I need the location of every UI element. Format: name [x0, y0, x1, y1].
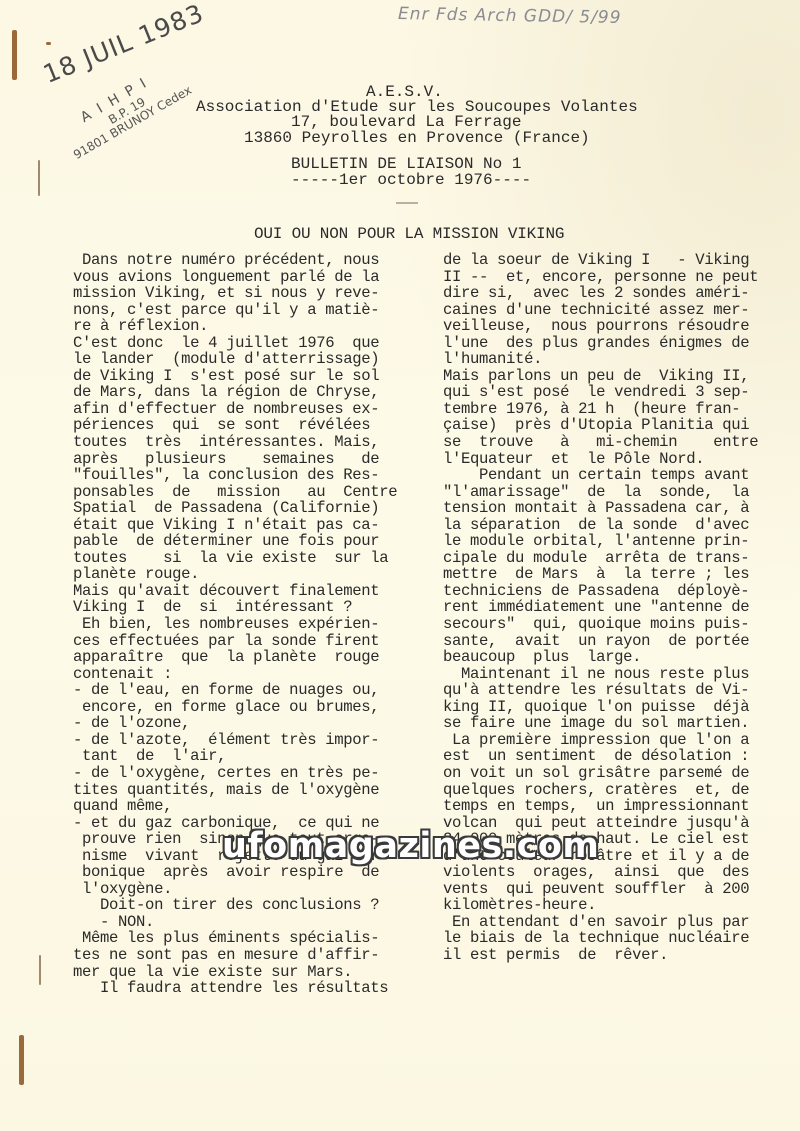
text-line: rent immédiatement une "antenne de: [443, 599, 778, 616]
text-line: mission Viking, et si nous y reve-: [73, 285, 403, 302]
text-line: encore, en forme glace ou brumes,: [73, 699, 403, 716]
text-line: est un sentiment de désolation :: [443, 748, 778, 765]
text-line: de la soeur de Viking I - Viking: [443, 252, 778, 269]
text-line: quand même,: [73, 798, 403, 815]
text-line: ponsables de mission au Centre: [73, 484, 403, 501]
text-line: se trouve à mi-chemin entre: [443, 434, 778, 451]
text-line: nons, c'est parce qu'il y a matiè-: [73, 302, 403, 319]
margin-pencil-mark: [38, 160, 40, 196]
article-column-left: Dans notre numéro précédent, nousvous av…: [73, 252, 403, 997]
text-line: - de l'eau, en forme de nuages ou,: [73, 682, 403, 699]
text-line: Mais qu'avait découvert finalement: [73, 583, 403, 600]
bulletin-date: -----1er octobre 1976----: [291, 171, 531, 189]
text-line: le biais de la technique nucléaire: [443, 930, 778, 947]
text-line: bonique après avoir respire de: [73, 864, 403, 881]
text-line: - de l'oxygène, certes en très pe-: [73, 765, 403, 782]
text-line: re à réflexion.: [73, 318, 403, 335]
text-line: dire si, avec les 2 sondes améri-: [443, 285, 778, 302]
site-watermark: ufomagazines.com: [222, 826, 599, 866]
scanned-page: Enr Fds Arch GDD/ 5/99 18 JUIL 1983 AIHP…: [0, 0, 800, 1131]
text-line: qu'à attendre les résultats de Vi-: [443, 682, 778, 699]
staple-rust-mark-top: [12, 30, 17, 80]
text-line: Pendant un certain temps avant: [443, 467, 778, 484]
text-line: "l'amarissage" de la sonde, la: [443, 484, 778, 501]
text-line: tant de l'air,: [73, 748, 403, 765]
text-line: Même les plus éminents spécialis-: [73, 930, 403, 947]
text-line: tension montait à Passadena car, à: [443, 500, 778, 517]
text-line: Il faudra attendre les résultats: [73, 980, 403, 997]
separator-rule: [396, 202, 418, 204]
text-line: pable de déterminer une fois pour: [73, 533, 403, 550]
text-line: çaise) près d'Utopia Planitia qui: [443, 417, 778, 434]
text-line: on voit un sol grisâtre parsemé de: [443, 765, 778, 782]
text-line: l'humanité.: [443, 351, 778, 368]
text-line: l'oxygène.: [73, 881, 403, 898]
text-line: de Mars, dans la région de Chryse,: [73, 384, 403, 401]
text-line: temps en temps, un impressionnant: [443, 798, 778, 815]
margin-pencil-mark-2: [39, 955, 41, 985]
text-line: Spatial de Passadena (Californie): [73, 500, 403, 517]
text-line: kilomètres-heure.: [443, 897, 778, 914]
text-line: planète rouge.: [73, 566, 403, 583]
text-line: vents qui peuvent souffler à 200: [443, 881, 778, 898]
text-line: il est permis de rêver.: [443, 947, 778, 964]
text-line: vous avions longuement parlé de la: [73, 269, 403, 286]
text-line: la séparation de la sonde d'avec: [443, 517, 778, 534]
text-line: le module orbital, l'antenne prin-: [443, 533, 778, 550]
received-date-stamp: 18 JUIL 1983: [39, 0, 208, 89]
text-line: Doit-on tirer des conclusions ?: [73, 897, 403, 914]
text-line: veilleuse, nous pourrons résoudre: [443, 318, 778, 335]
text-line: Viking I de si intéressant ?: [73, 599, 403, 616]
text-line: le lander (module d'atterrissage): [73, 351, 403, 368]
text-line: - NON.: [73, 914, 403, 931]
staple-rust-mark-top-2: [46, 42, 51, 45]
text-line: l'Equateur et le Pôle Nord.: [443, 451, 778, 468]
text-line: - de l'azote, élément très impor-: [73, 732, 403, 749]
text-line: C'est donc le 4 juillet 1976 que: [73, 335, 403, 352]
text-line: Mais parlons un peu de Viking II,: [443, 368, 778, 385]
text-line: - de l'ozone,: [73, 715, 403, 732]
text-line: "fouilles", la conclusion des Res-: [73, 467, 403, 484]
staple-rust-mark-bottom: [19, 1035, 24, 1085]
association-city: 13860 Peyrolles en Provence (France): [244, 129, 590, 147]
text-line: l'une des plus grandes énigmes de: [443, 335, 778, 352]
text-line: Eh bien, les nombreuses expérien-: [73, 616, 403, 633]
text-line: quelques rochers, cratères et, de: [443, 782, 778, 799]
text-line: secours" qui, quoique moins puis-: [443, 616, 778, 633]
text-line: mettre de Mars à la terre ; les: [443, 566, 778, 583]
text-line: mer que la vie existe sur Mars.: [73, 964, 403, 981]
text-line: périences qui se sont révélées: [73, 417, 403, 434]
text-line: En attendant d'en savoir plus par: [443, 914, 778, 931]
text-line: afin d'effectuer de nombreuses ex-: [73, 401, 403, 418]
text-line: après plusieurs semaines de: [73, 451, 403, 468]
text-line: se faire une image du sol martien.: [443, 715, 778, 732]
text-line: sante, avait un rayon de portée: [443, 633, 778, 650]
text-line: ces effectuées par la sonde firent: [73, 633, 403, 650]
text-line: apparaître que la planète rouge: [73, 649, 403, 666]
text-line: II -- et, encore, personne ne peut: [443, 269, 778, 286]
text-line: contenait :: [73, 666, 403, 683]
text-line: beaucoup plus large.: [443, 649, 778, 666]
text-line: qui s'est posé le vendredi 3 sep-: [443, 384, 778, 401]
text-line: tembre 1976, à 21 h (heure fran-: [443, 401, 778, 418]
text-line: Dans notre numéro précédent, nous: [73, 252, 403, 269]
text-line: La première impression que l'on a: [443, 732, 778, 749]
text-line: king II, quoique l'on puisse déjà: [443, 699, 778, 716]
text-line: caines d'une technicité assez mer-: [443, 302, 778, 319]
text-line: techniciens de Passadena déployè-: [443, 583, 778, 600]
text-line: tes ne sont pas en mesure d'affir-: [73, 947, 403, 964]
text-line: toutes très intéressantes. Mais,: [73, 434, 403, 451]
handwritten-archive-note: Enr Fds Arch GDD/ 5/99: [398, 4, 622, 28]
text-line: cipale du module arrêta de trans-: [443, 550, 778, 567]
article-title: OUI OU NON POUR LA MISSION VIKING: [254, 225, 564, 243]
text-line: de Viking I s'est posé sur le sol: [73, 368, 403, 385]
text-line: toutes si la vie existe sur la: [73, 550, 403, 567]
text-line: était que Viking I n'était pas ca-: [73, 517, 403, 534]
text-line: Maintenant il ne nous reste plus: [443, 666, 778, 683]
text-line: tites quantités, mais de l'oxygène: [73, 782, 403, 799]
text-line: violents orages, ainsi que des: [443, 864, 778, 881]
